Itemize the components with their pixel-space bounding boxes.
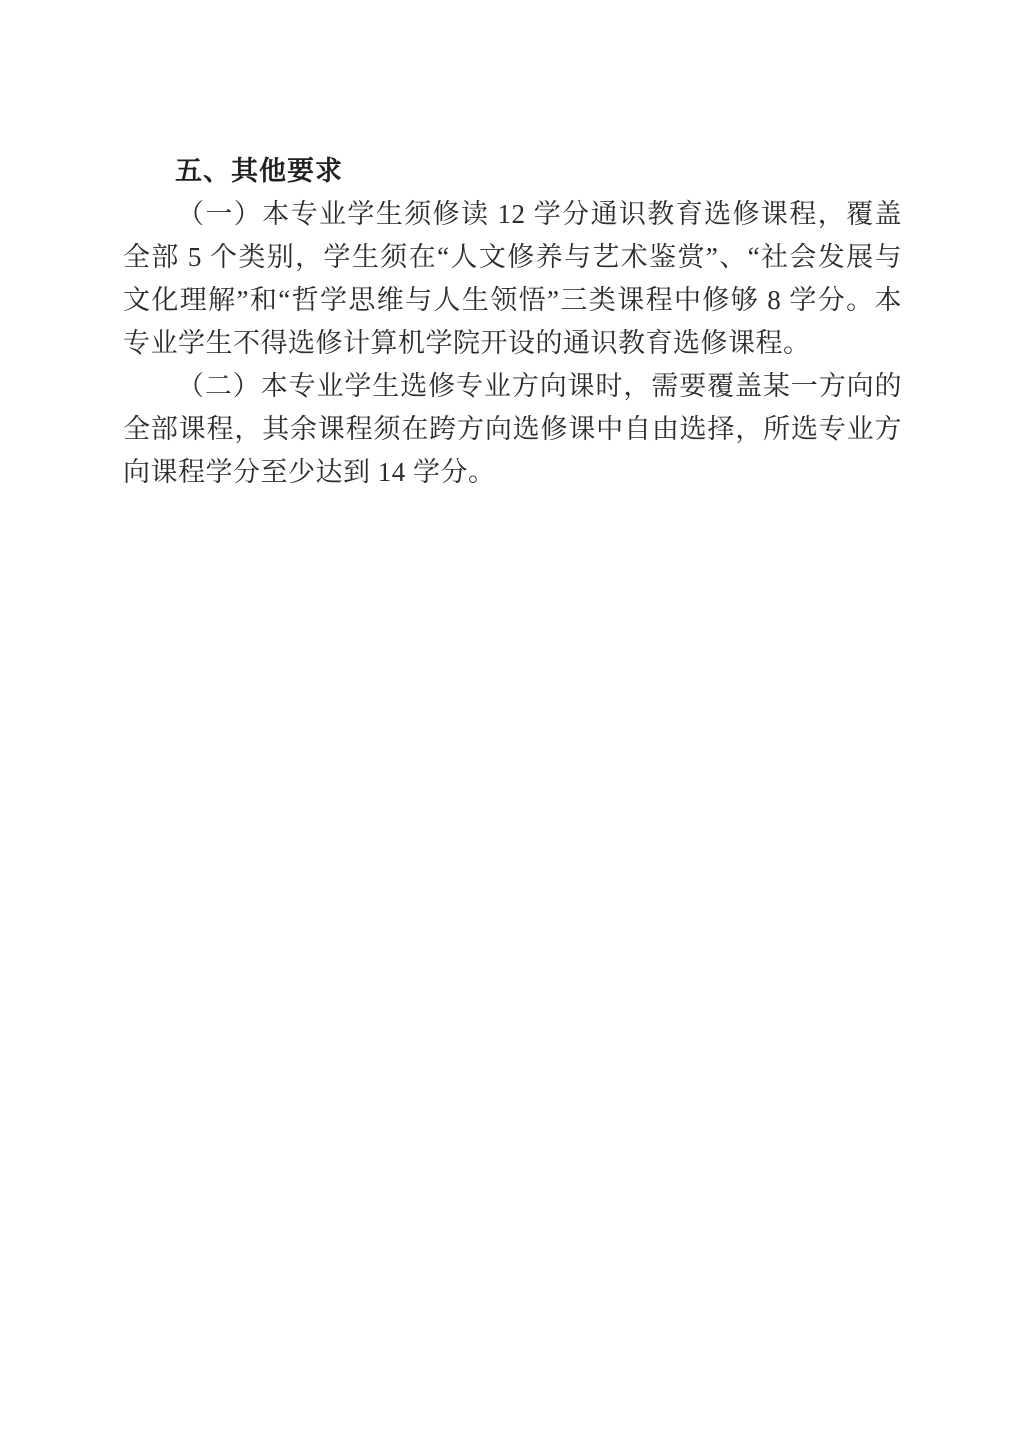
document-page: 五、其他要求 （一）本专业学生须修读 12 学分通识教育选修课程，覆盖全部 5 … (0, 0, 1024, 1448)
section-heading: 五、其他要求 (123, 149, 902, 193)
paragraph-other-requirements-1: （一）本专业学生须修读 12 学分通识教育选修课程，覆盖全部 5 个类别，学生须… (123, 193, 902, 365)
paragraph-other-requirements-2: （二）本专业学生选修专业方向课时，需要覆盖某一方向的全部课程，其余课程须在跨方向… (123, 365, 902, 494)
document-content: 五、其他要求 （一）本专业学生须修读 12 学分通识教育选修课程，覆盖全部 5 … (123, 149, 902, 494)
